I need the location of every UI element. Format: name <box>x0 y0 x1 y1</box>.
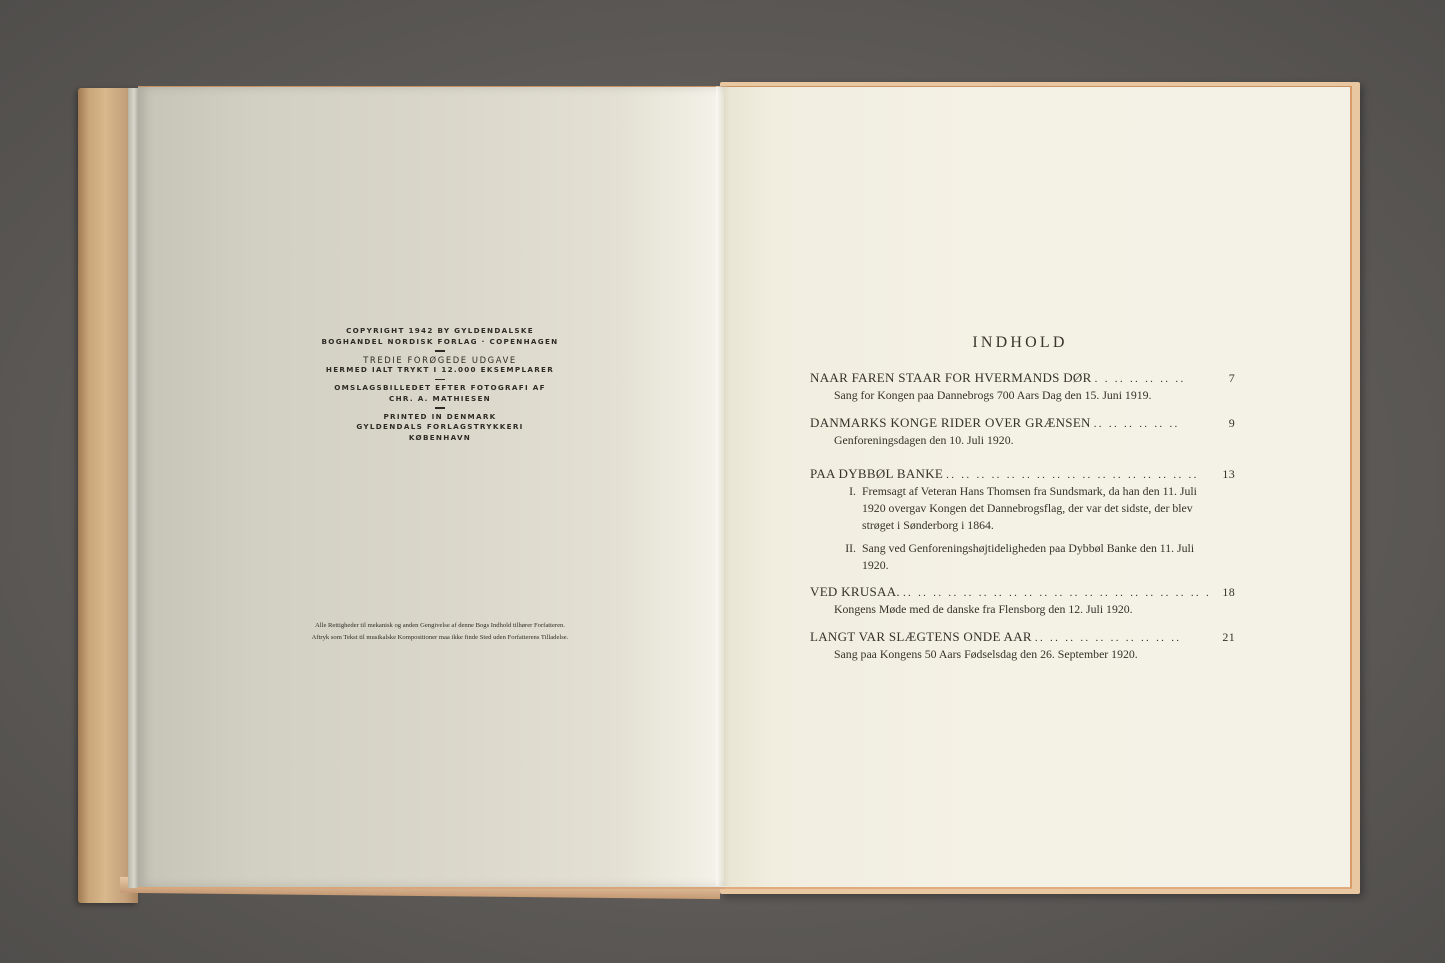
colophon-line: GYLDENDALS FORLAGSTRYKKERI <box>290 422 590 433</box>
toc-entry: PAA DYBBØL BANKE .. .. .. .. .. .. .. ..… <box>810 466 1235 574</box>
toc-page-number: 7 <box>1215 370 1235 386</box>
toc-leader: .. .. .. .. .. .. .. .. .. .. .. .. .. .… <box>903 585 1209 601</box>
toc-entry-title: PAA DYBBØL BANKE <box>810 466 943 482</box>
toc-entry-title: DANMARKS KONGE RIDER OVER GRÆNSEN <box>810 415 1091 431</box>
toc-sub-item: II. Sang ved Genforeningshøjtideligheden… <box>830 540 1235 574</box>
toc-sub-item-numeral: II. <box>830 540 862 574</box>
toc-page-number: 18 <box>1215 584 1235 600</box>
colophon-divider <box>435 350 445 352</box>
toc-page-number: 21 <box>1215 629 1235 645</box>
toc-sub-item: I. Fremsagt af Veteran Hans Thomsen fra … <box>830 483 1235 534</box>
toc-entry-title: VED KRUSAA. <box>810 584 900 600</box>
rights-notice: Alle Rettigheder til mekanisk og anden G… <box>295 620 585 644</box>
toc-entry: DANMARKS KONGE RIDER OVER GRÆNSEN .. .. … <box>810 415 1235 448</box>
toc-sub-item-text: Fremsagt af Veteran Hans Thomsen fra Sun… <box>862 483 1207 534</box>
open-book: COPYRIGHT 1942 BY GYLDENDALSKE BOGHANDEL… <box>0 0 1445 963</box>
toc-entry-subtitle: Sang for Kongen paa Dannebrogs 700 Aars … <box>810 387 1235 403</box>
colophon-line: HERMED IALT TRYKT I 12.000 EKSEMPLARER <box>290 365 590 376</box>
book-gutter <box>716 86 730 886</box>
table-of-contents: NAAR FAREN STAAR FOR HVERMANDS DØR . . .… <box>810 370 1235 674</box>
toc-title: INDHOLD <box>930 334 1110 352</box>
colophon-line: PRINTED IN DENMARK <box>290 412 590 423</box>
colophon-line: BOGHANDEL NORDISK FORLAG · COPENHAGEN <box>290 337 590 348</box>
toc-leader: .. .. .. .. .. .. .. .. .. .. .. .. .. .… <box>946 467 1209 483</box>
edition-line: TREDIE FORØGEDE UDGAVE <box>290 355 590 366</box>
colophon-divider <box>435 379 445 381</box>
toc-entry-subtitle: Sang paa Kongens 50 Aars Fødselsdag den … <box>810 646 1235 662</box>
toc-leader: . . .. .. .. .. .. <box>1095 371 1209 387</box>
toc-sub-item-text: Sang ved Genforeningshøjtideligheden paa… <box>862 540 1207 574</box>
toc-sub-item-numeral: I. <box>830 483 862 534</box>
toc-entry: LANGT VAR SLÆGTENS ONDE AAR .. .. .. .. … <box>810 629 1235 662</box>
toc-leader: .. .. .. .. .. .. <box>1094 416 1209 432</box>
colophon-line: COPYRIGHT 1942 BY GYLDENDALSKE <box>290 326 590 337</box>
colophon-line: OMSLAGSBILLEDET EFTER FOTOGRAFI AF <box>290 383 590 394</box>
colophon: COPYRIGHT 1942 BY GYLDENDALSKE BOGHANDEL… <box>290 326 590 443</box>
toc-entry-title: LANGT VAR SLÆGTENS ONDE AAR <box>810 629 1032 645</box>
rights-paragraph: Aftryk som Tekst til musikalske Komposit… <box>295 632 585 643</box>
toc-page-number: 9 <box>1215 415 1235 431</box>
toc-entry: VED KRUSAA. .. .. .. .. .. .. .. .. .. .… <box>810 584 1235 617</box>
colophon-divider <box>435 407 445 409</box>
toc-entry-subtitle: Kongens Møde med de danske fra Flensborg… <box>810 601 1235 617</box>
toc-entry-title: NAAR FAREN STAAR FOR HVERMANDS DØR <box>810 370 1092 386</box>
toc-entry-subtitle: Genforeningsdagen den 10. Juli 1920. <box>810 432 1235 448</box>
toc-entry: NAAR FAREN STAAR FOR HVERMANDS DØR . . .… <box>810 370 1235 403</box>
toc-leader: .. .. .. .. .. .. .. .. .. .. <box>1035 630 1209 646</box>
colophon-line: CHR. A. MATHIESEN <box>290 394 590 405</box>
colophon-line: KØBENHAVN <box>290 433 590 444</box>
left-page <box>138 86 726 889</box>
toc-page-number: 13 <box>1215 466 1235 482</box>
rights-paragraph: Alle Rettigheder til mekanisk og anden G… <box>295 620 585 631</box>
